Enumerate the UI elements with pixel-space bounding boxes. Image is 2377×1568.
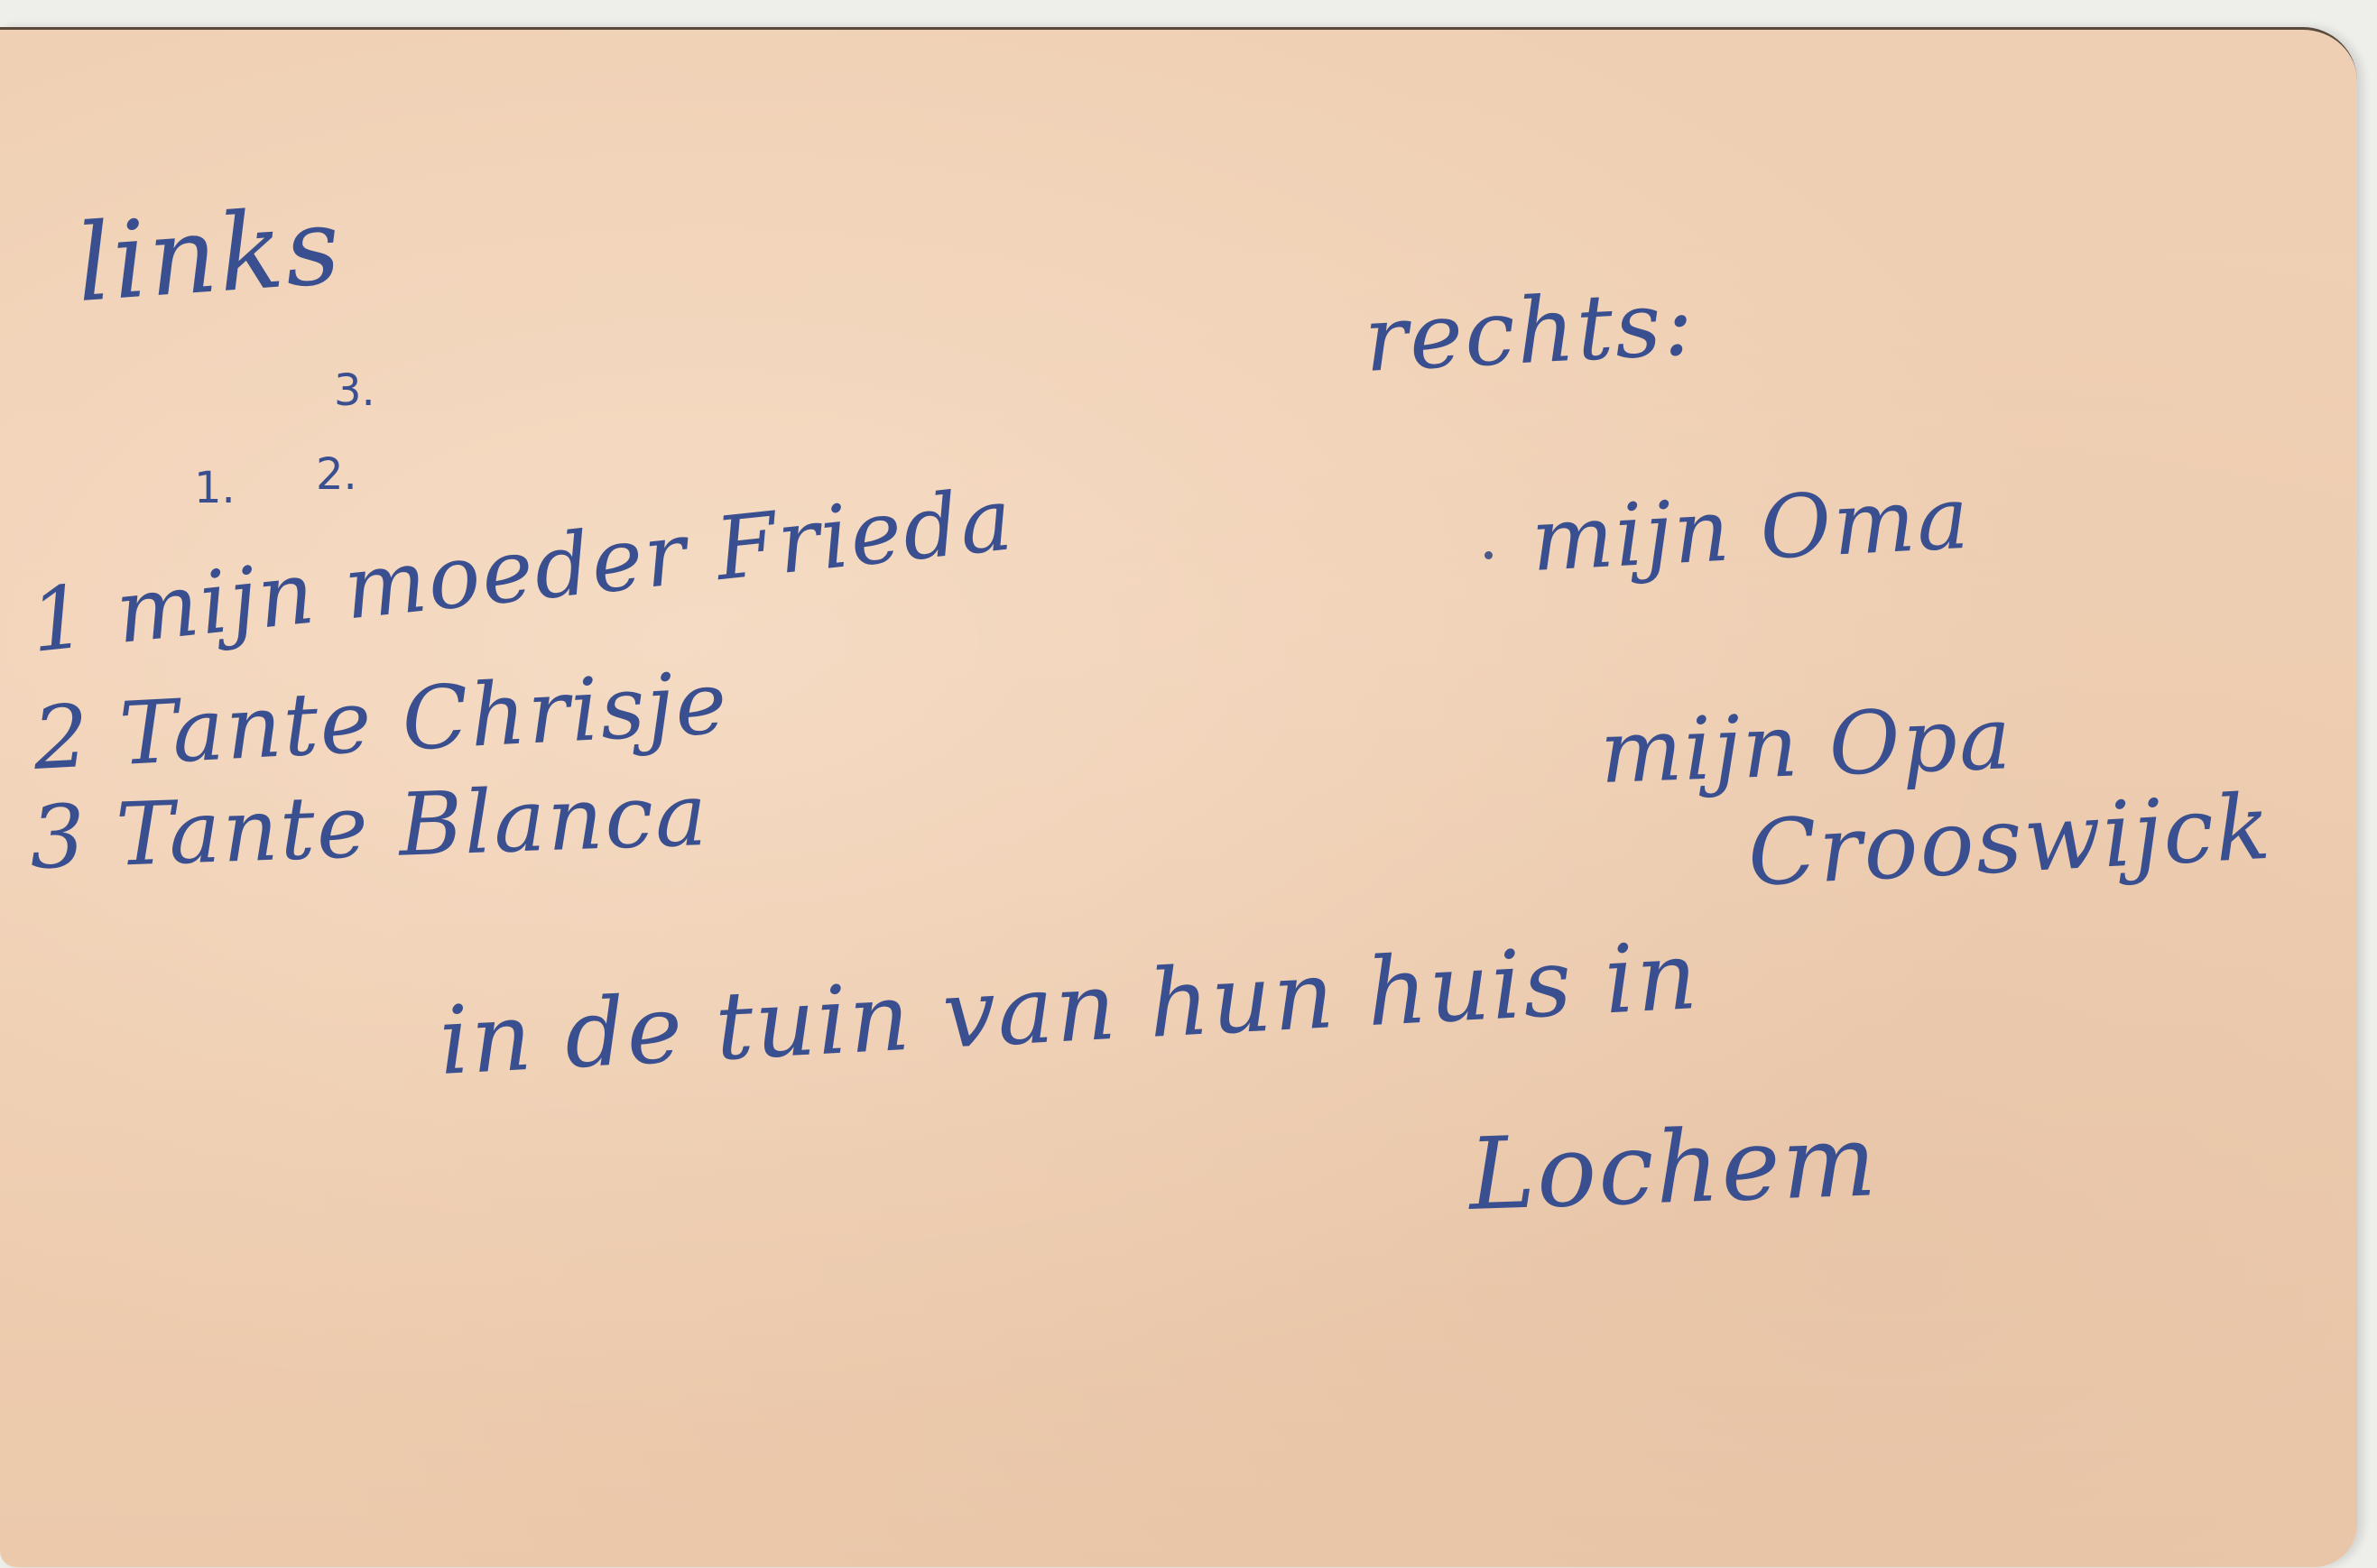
ink-dot — [1484, 551, 1493, 559]
right-item-opa: mijn Opa — [1598, 687, 2014, 803]
list-number: 3 — [28, 786, 88, 889]
list-number: 1 — [25, 566, 92, 672]
right-item-oma: mijn Oma — [1529, 467, 1973, 591]
list-text: mijn moeder Frieda — [111, 468, 1018, 663]
list-text: Tante Chrisje — [117, 652, 731, 785]
list-number: 2 — [31, 686, 93, 789]
left-heading: links — [72, 183, 345, 326]
position-marker-1: 1. — [194, 463, 236, 513]
scanned-card: links 3. 1. 2. 1 mijn moeder Frieda 2 Ta… — [0, 0, 2377, 1568]
list-text: Tante Blanca — [115, 764, 710, 886]
right-heading: rechts: — [1362, 270, 1697, 392]
caption-line-1: in de tuin van hun huis in — [437, 920, 1702, 1096]
photo-card-back: links 3. 1. 2. 1 mijn moeder Frieda 2 Ta… — [0, 27, 2357, 1567]
caption-line-2: Lochem — [1467, 1102, 1880, 1232]
position-marker-2: 2. — [316, 449, 357, 500]
position-marker-3: 3. — [334, 365, 375, 416]
left-list-item-1: 1 mijn moeder Frieda — [25, 468, 1018, 672]
